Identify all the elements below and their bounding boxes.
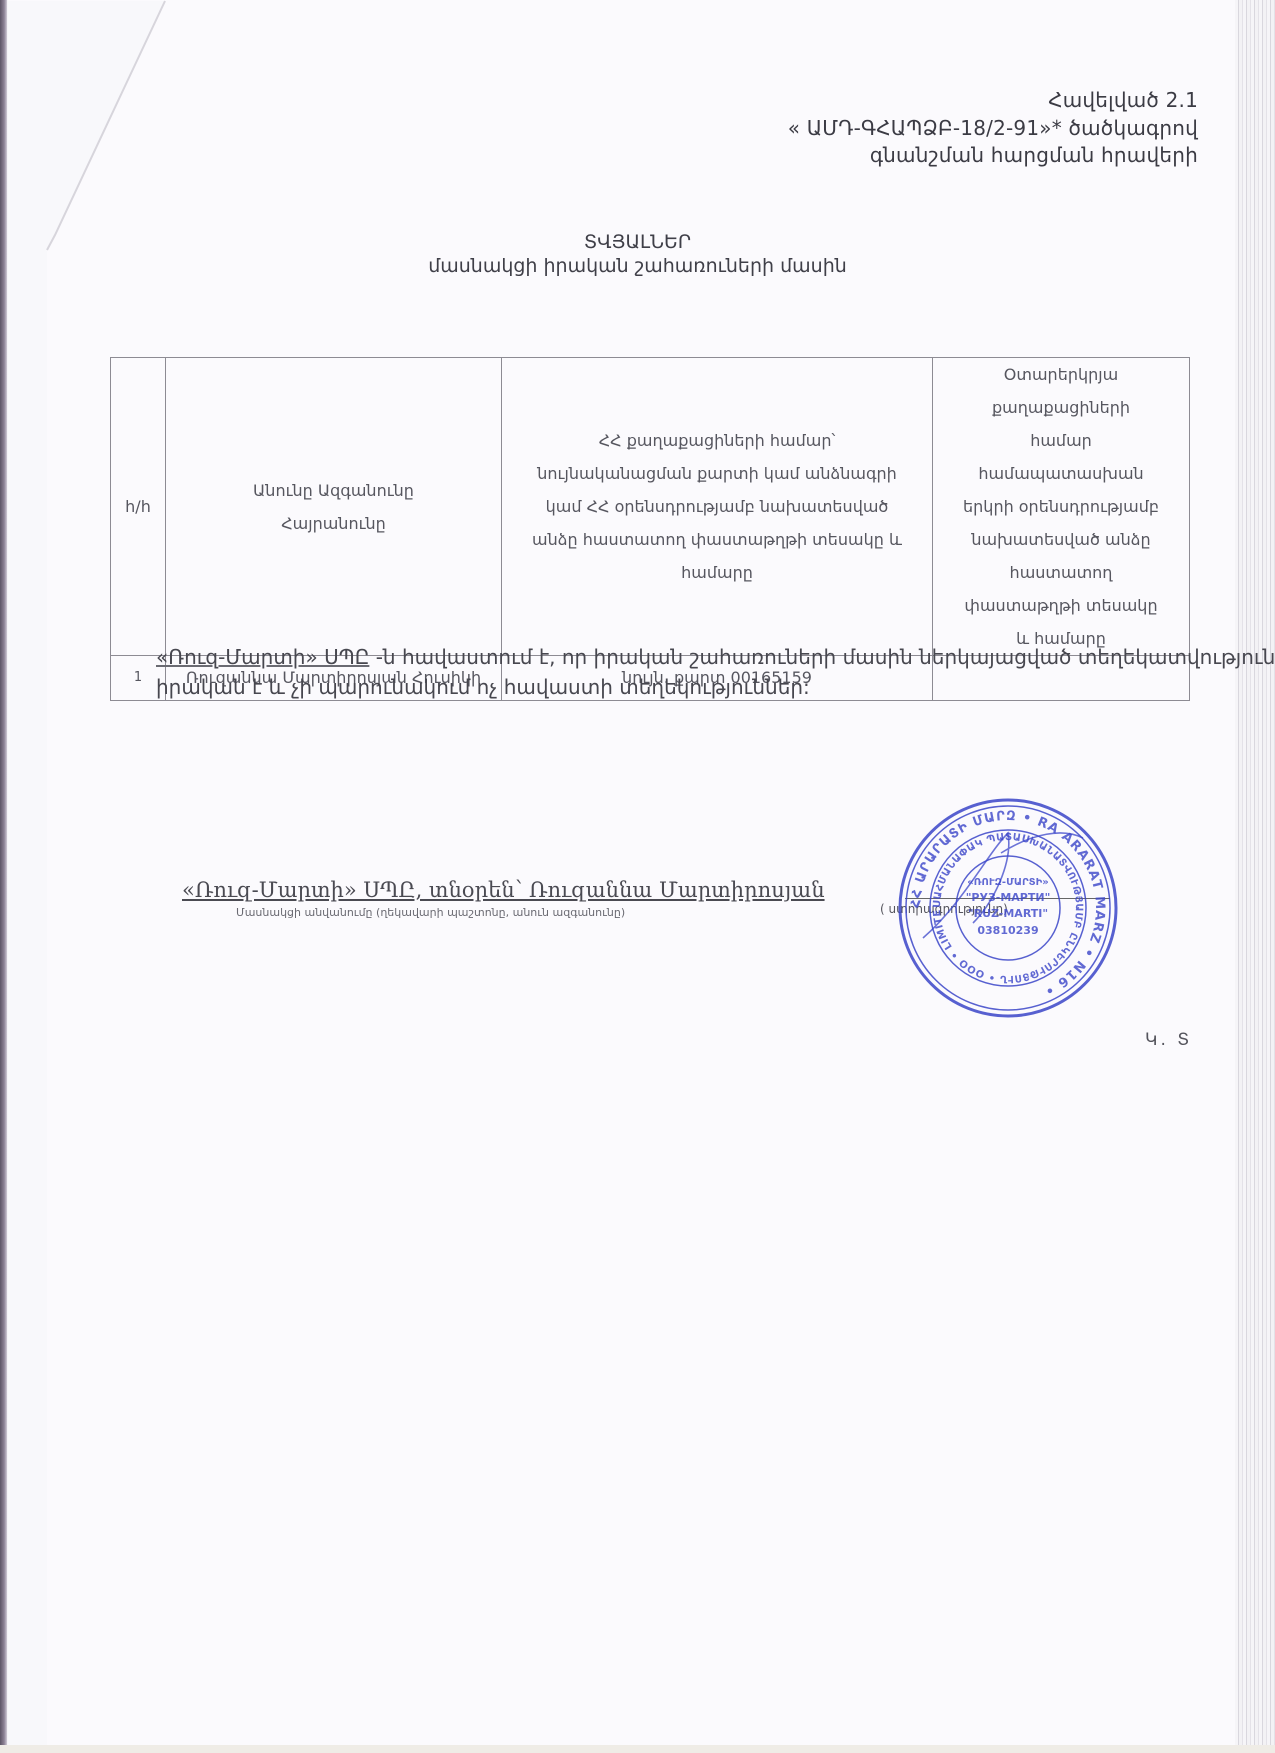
- table-header-row: հ/հ Անունը Ազգանունը Հայրանունը ՀՀ քաղաք…: [111, 358, 1190, 656]
- invitation-type: գնանշման հարցման հրավերի: [870, 143, 1198, 167]
- signer-name: «Ռուզ-Մարտի» ՍՊԸ, տնօրեն՝ Ռուզաննա Մարտի…: [182, 878, 825, 902]
- stamp-center-am: «ՌՈՒԶ-ՄԱՐՏԻ»: [967, 877, 1048, 888]
- seal-placeholder-label: Կ. Տ: [1145, 1030, 1192, 1050]
- document-subtitle: մասնակցի իրական շահառուների մասին: [0, 255, 1275, 277]
- stamp-center-ru: "РУЗ-МАРТИ": [966, 891, 1051, 904]
- document-title: ՏՎՅԱԼՆԵՐ: [0, 231, 1275, 253]
- statement-line-1: «Ռուզ-Մարտի» ՍՊԸ -ն հավաստում է, որ իրակ…: [156, 642, 1275, 672]
- header-number: հ/հ: [111, 358, 166, 656]
- signer-caption: Մասնակցի անվանումը (ղեկավարի պաշտոնը, ան…: [236, 906, 625, 919]
- statement-text-1: -ն հավաստում է, որ իրական շահառուների մա…: [369, 645, 1275, 669]
- header-foreign-document: Օտարերկրյա քաղաքացիների համար համապատասխ…: [933, 358, 1190, 656]
- header-am-document: ՀՀ քաղաքացիների համար՝ նույնականացման քա…: [502, 358, 933, 656]
- appendix-number: Հավելված 2.1: [1048, 88, 1198, 112]
- company-stamp: ՀՀ ԱՐԱՐԱՏԻ ՄԱՐԶ • RA ARARAT MARZ • N16 •…: [893, 793, 1123, 1023]
- stamp-center-en: "RUZ-MARTI": [968, 907, 1048, 920]
- stamp-center-id: 03810239: [977, 924, 1038, 937]
- statement-line-2: իրական է և չի պարունակում ոչ հավաստի տեղ…: [156, 672, 810, 702]
- scan-bottom-edge: [0, 1745, 1275, 1753]
- header-full-name: Անունը Ազգանունը Հայրանունը: [166, 358, 502, 656]
- procurement-code: « ԱՄԴ-ԳՀԱՊՁԲ-18/2-91»* ծածկագրով: [788, 116, 1198, 140]
- statement-company: «Ռուզ-Մարտի» ՍՊԸ: [156, 645, 369, 669]
